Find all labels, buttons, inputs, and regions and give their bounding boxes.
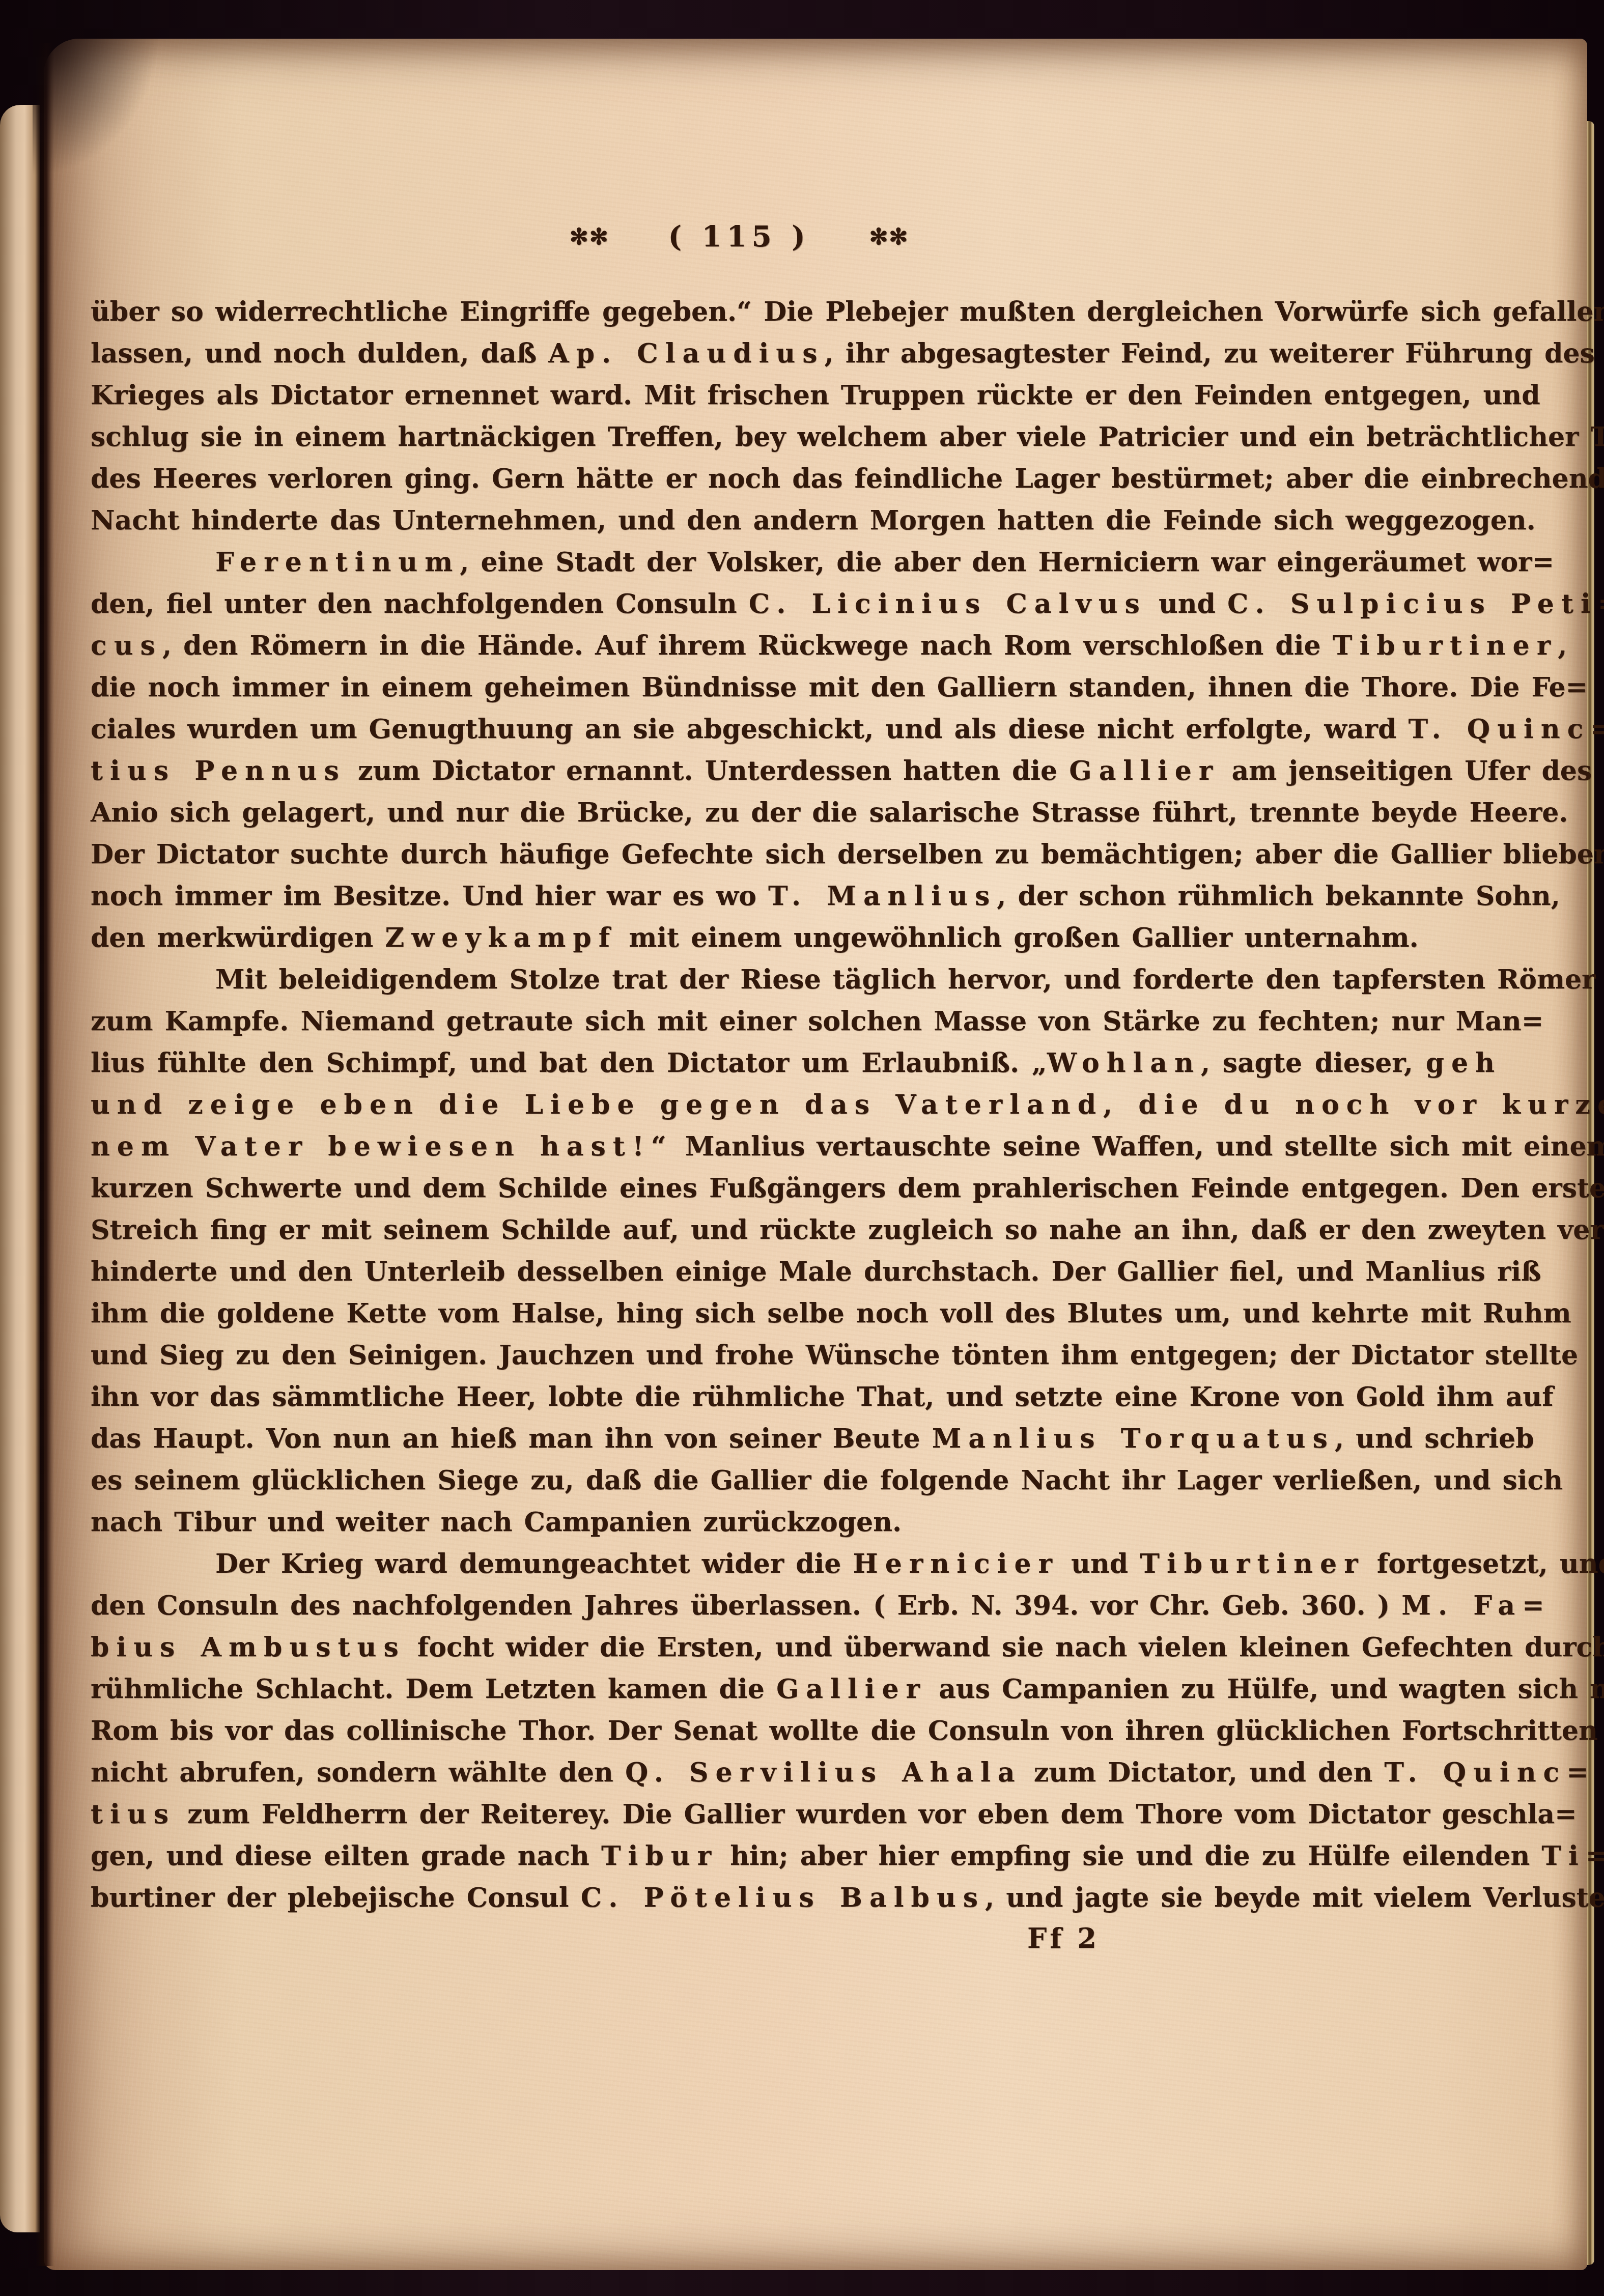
text-line: tius Pennus zum Dictator ernannt. Unterd… bbox=[91, 750, 1502, 792]
text-segment: , bbox=[1558, 630, 1567, 661]
text-line: ihn vor das sämmtliche Heer, lobte die r… bbox=[91, 1376, 1502, 1418]
letterspaced-text-segment: und zeige eben die Liebe gegen das Vater… bbox=[91, 1089, 1604, 1120]
text-line: Mit beleidigendem Stolze trat der Riese … bbox=[91, 959, 1502, 1001]
text-segment: Streich fing er mit seinem Schilde auf, … bbox=[91, 1214, 1604, 1245]
letterspaced-text-segment: tius bbox=[91, 1799, 176, 1830]
letterspaced-text-segment: Gallier bbox=[1069, 755, 1220, 786]
letterspaced-text-segment: T. Quinc= bbox=[1384, 1757, 1595, 1788]
letterspaced-text-segment: bius Ambustus bbox=[91, 1632, 406, 1663]
text-line: die noch immer in einem geheimen Bündnis… bbox=[91, 667, 1502, 708]
letterspaced-text-segment: M. Fa= bbox=[1401, 1590, 1551, 1621]
text-segment: Der Dictator suchte durch häufige Gefech… bbox=[91, 839, 1604, 870]
letterspaced-text-segment: C. Licinius Calvus bbox=[749, 588, 1147, 619]
text-line: Rom bis vor das collinische Thor. Der Se… bbox=[91, 1710, 1502, 1752]
text-line: noch immer im Besitze. Und hier war es w… bbox=[91, 875, 1502, 917]
letterspaced-text-segment: Gallier bbox=[776, 1674, 927, 1705]
text-line: lassen, und noch dulden, daß Ap. Claudiu… bbox=[91, 333, 1502, 375]
text-segment: es seinem glücklichen Siege zu, daß die … bbox=[91, 1465, 1563, 1496]
text-segment: fortgesetzt, und bbox=[1365, 1548, 1604, 1579]
text-line: ciales wurden um Genugthuung an sie abge… bbox=[91, 708, 1502, 750]
text-segment: ihm die goldene Kette vom Halse, hing si… bbox=[91, 1298, 1571, 1329]
letterspaced-text-segment: C. Sulpicius Peti= bbox=[1227, 588, 1604, 619]
letterspaced-text-segment: Wohlan bbox=[1047, 1047, 1201, 1079]
photo-background: ✻✻ ( 115 ) ✻✻ über so widerrechtliche Ei… bbox=[0, 0, 1604, 2296]
text-segment: focht wider die Ersten, und überwand sie… bbox=[406, 1632, 1604, 1663]
paragraph: Der Krieg ward demungeachtet wider die H… bbox=[91, 1543, 1502, 1919]
text-segment: kurzen Schwerte und dem Schilde eines Fu… bbox=[91, 1173, 1604, 1204]
text-segment: Der Krieg ward demungeachtet wider die bbox=[215, 1548, 853, 1579]
gutter-shadow bbox=[33, 29, 165, 181]
text-segment: zum Kampfe. Niemand getraute sich mit ei… bbox=[91, 1006, 1543, 1037]
text-line: Anio sich gelagert, und nur die Brücke, … bbox=[91, 792, 1502, 834]
text-segment: zum Feldherrn der Reiterey. Die Gallier … bbox=[176, 1799, 1577, 1830]
text-segment: ihn vor das sämmtliche Heer, lobte die r… bbox=[91, 1381, 1554, 1412]
text-line: den merkwürdigen Zweykampf mit einem ung… bbox=[91, 917, 1502, 959]
previous-page-edge bbox=[0, 105, 40, 2232]
letterspaced-text-segment: C. Pötelius Balbus bbox=[581, 1882, 985, 1913]
text-segment: das Haupt. Von nun an hieß man ihn von s… bbox=[91, 1423, 932, 1454]
text-segment: Nacht hinderte das Unternehmen, und den … bbox=[91, 505, 1536, 536]
text-segment: und bbox=[1059, 1548, 1140, 1579]
text-segment: den Consuln des nachfolgenden Jahres übe… bbox=[91, 1590, 1401, 1621]
letterspaced-text-segment: T. Manlius bbox=[768, 881, 997, 912]
text-segment: zum Dictator, und den bbox=[1022, 1757, 1385, 1788]
text-segment: und Sieg zu den Seinigen. Jauchzen und f… bbox=[91, 1340, 1578, 1371]
body-text: über so widerrechtliche Eingriffe gegebe… bbox=[91, 291, 1502, 1919]
text-line: lius fühlte den Schimpf, und bat den Dic… bbox=[91, 1042, 1502, 1084]
text-line: das Haupt. Von nun an hieß man ihn von s… bbox=[91, 1418, 1502, 1460]
letterspaced-text-segment: tius Pennus bbox=[91, 755, 346, 786]
text-line: rühmliche Schlacht. Dem Letzten kamen di… bbox=[91, 1668, 1502, 1710]
letterspaced-text-segment: Ti= bbox=[1541, 1840, 1604, 1872]
text-segment: lius fühlte den Schimpf, und bat den Dic… bbox=[91, 1047, 1047, 1079]
text-segment: ciales wurden um Genugthuung an sie abge… bbox=[91, 714, 1408, 745]
text-segment: noch immer im Besitze. Und hier war es w… bbox=[91, 881, 768, 912]
letterspaced-text-segment: Manlius Torquatus bbox=[932, 1423, 1335, 1454]
text-segment: nicht abrufen, sondern wählte den bbox=[91, 1757, 625, 1788]
text-segment: , und jagte sie beyde mit vielem Verlust… bbox=[985, 1882, 1604, 1913]
text-segment: burtiner der plebejische Consul bbox=[91, 1882, 581, 1913]
text-segment: die noch immer in einem geheimen Bündnis… bbox=[91, 672, 1588, 703]
ornament-left: ✻✻ bbox=[570, 224, 609, 250]
text-segment: lassen, und noch dulden, daß bbox=[91, 338, 548, 369]
text-segment: nach Tibur und weiter nach Campanien zur… bbox=[91, 1507, 902, 1538]
text-line: Krieges als Dictator ernennet ward. Mit … bbox=[91, 375, 1502, 416]
letterspaced-text-segment: Zweykampf bbox=[385, 922, 617, 953]
text-segment: hinderte und den Unterleib desselben ein… bbox=[91, 1256, 1541, 1287]
text-line: des Heeres verloren ging. Gern hätte er … bbox=[91, 458, 1502, 500]
text-segment: , und schrieb bbox=[1335, 1423, 1534, 1454]
letterspaced-text-segment: Ap. Claudius bbox=[548, 338, 824, 369]
text-line: und zeige eben die Liebe gegen das Vater… bbox=[91, 1084, 1502, 1126]
text-line: den Consuln des nachfolgenden Jahres übe… bbox=[91, 1585, 1502, 1627]
text-line: hinderte und den Unterleib desselben ein… bbox=[91, 1251, 1502, 1293]
book-page: ✻✻ ( 115 ) ✻✻ über so widerrechtliche Ei… bbox=[44, 39, 1587, 2270]
letterspaced-text-segment: Hernicier bbox=[853, 1548, 1059, 1579]
letterspaced-text-segment: Q. Servilius Ahala bbox=[625, 1757, 1022, 1788]
text-segment: zum Dictator ernannt. Unterdessen hatten… bbox=[346, 755, 1069, 786]
text-line: den, fiel unter den nachfolgenden Consul… bbox=[91, 583, 1502, 625]
text-segment: des Heeres verloren ging. Gern hätte er … bbox=[91, 463, 1604, 494]
text-line: nach Tibur und weiter nach Campanien zur… bbox=[91, 1501, 1502, 1543]
text-line: Ferentinum, eine Stadt der Volsker, die … bbox=[91, 542, 1502, 583]
text-segment: den merkwürdigen bbox=[91, 922, 385, 953]
letterspaced-text-segment: Tibur bbox=[601, 1840, 718, 1872]
text-segment: Rom bis vor das collinische Thor. Der Se… bbox=[91, 1715, 1598, 1746]
text-line: nem Vater bewiesen hast!“ Manlius vertau… bbox=[91, 1126, 1502, 1168]
text-segment: , der schon rühmlich bekannte Sohn, bbox=[997, 881, 1560, 912]
text-segment: hin; aber hier empfing sie und die zu Hü… bbox=[718, 1840, 1541, 1872]
page-header: ✻✻ ( 115 ) ✻✻ bbox=[34, 220, 1445, 253]
page-footer: Ff 2 bbox=[91, 1922, 1502, 1954]
text-line: Nacht hinderte das Unternehmen, und den … bbox=[91, 500, 1502, 542]
paragraph: Mit beleidigendem Stolze trat der Riese … bbox=[91, 959, 1502, 1543]
text-line: Streich fing er mit seinem Schilde auf, … bbox=[91, 1209, 1502, 1251]
text-line: über so widerrechtliche Eingriffe gegebe… bbox=[91, 291, 1502, 333]
binding-gutter bbox=[36, 43, 54, 2266]
text-segment: mit einem ungewöhnlich großen Gallier un… bbox=[617, 922, 1419, 953]
ornament-right: ✻✻ bbox=[869, 224, 909, 250]
text-line: und Sieg zu den Seinigen. Jauchzen und f… bbox=[91, 1335, 1502, 1376]
text-segment: schlug sie in einem hartnäckigen Treffen… bbox=[91, 421, 1604, 452]
text-line: schlug sie in einem hartnäckigen Treffen… bbox=[91, 416, 1502, 458]
text-line: burtiner der plebejische Consul C. Pötel… bbox=[91, 1877, 1502, 1919]
text-line: ihm die goldene Kette vom Halse, hing si… bbox=[91, 1293, 1502, 1335]
text-segment: Krieges als Dictator ernennet ward. Mit … bbox=[91, 380, 1540, 411]
text-line: tius zum Feldherrn der Reiterey. Die Gal… bbox=[91, 1794, 1502, 1835]
text-segment: , ihr abgesagtester Feind, zu weiterer F… bbox=[825, 338, 1595, 369]
text-segment: gen, und diese eilten grade nach bbox=[91, 1840, 601, 1872]
text-line: nicht abrufen, sondern wählte den Q. Ser… bbox=[91, 1752, 1502, 1794]
text-line: es seinem glücklichen Siege zu, daß die … bbox=[91, 1460, 1502, 1501]
text-line: zum Kampfe. Niemand getraute sich mit ei… bbox=[91, 1001, 1502, 1042]
letterspaced-text-segment: Tiburtiner bbox=[1333, 630, 1558, 661]
paragraph: über so widerrechtliche Eingriffe gegebe… bbox=[91, 291, 1502, 542]
page-number: ( 115 ) bbox=[668, 220, 810, 253]
signature-mark: Ff 2 bbox=[1027, 1922, 1100, 1954]
paragraph: Ferentinum, eine Stadt der Volsker, die … bbox=[91, 542, 1502, 959]
text-line: gen, und diese eilten grade nach Tibur h… bbox=[91, 1835, 1502, 1877]
text-segment: über so widerrechtliche Eingriffe gegebe… bbox=[91, 296, 1604, 327]
text-segment: rühmliche Schlacht. Dem Letzten kamen di… bbox=[91, 1674, 776, 1705]
text-segment: aus Campanien zu Hülfe, und wagten sich … bbox=[927, 1674, 1604, 1705]
text-segment: , sagte dieser, bbox=[1201, 1047, 1426, 1079]
letterspaced-text-segment: cus bbox=[91, 630, 162, 661]
letterspaced-text-segment: Ferentinum bbox=[215, 547, 460, 578]
text-segment: Manlius vertauschte seine Waffen, und st… bbox=[673, 1131, 1604, 1162]
text-segment: Mit beleidigendem Stolze trat der Riese … bbox=[215, 964, 1596, 995]
letterspaced-text-segment: Tiburtiner bbox=[1140, 1548, 1365, 1579]
text-segment: , den Römern in die Hände. Auf ihrem Rüc… bbox=[162, 630, 1333, 661]
text-segment: am jenseitigen Ufer des bbox=[1220, 755, 1592, 786]
text-segment: , eine Stadt der Volsker, die aber den H… bbox=[460, 547, 1554, 578]
text-line: bius Ambustus focht wider die Ersten, un… bbox=[91, 1627, 1502, 1668]
text-line: kurzen Schwerte und dem Schilde eines Fu… bbox=[91, 1168, 1502, 1209]
letterspaced-text-segment: nem Vater bewiesen hast!“ bbox=[91, 1131, 673, 1162]
text-segment: den, fiel unter den nachfolgenden Consul… bbox=[91, 588, 749, 619]
text-line: Der Dictator suchte durch häufige Gefech… bbox=[91, 834, 1502, 875]
letterspaced-text-segment: T. Quinc= bbox=[1408, 714, 1604, 745]
text-segment: Anio sich gelagert, und nur die Brücke, … bbox=[91, 797, 1568, 828]
text-line: Der Krieg ward demungeachtet wider die H… bbox=[91, 1543, 1502, 1585]
letterspaced-text-segment: geh bbox=[1426, 1047, 1502, 1079]
text-line: cus, den Römern in die Hände. Auf ihrem … bbox=[91, 625, 1502, 667]
text-segment: und bbox=[1147, 588, 1227, 619]
